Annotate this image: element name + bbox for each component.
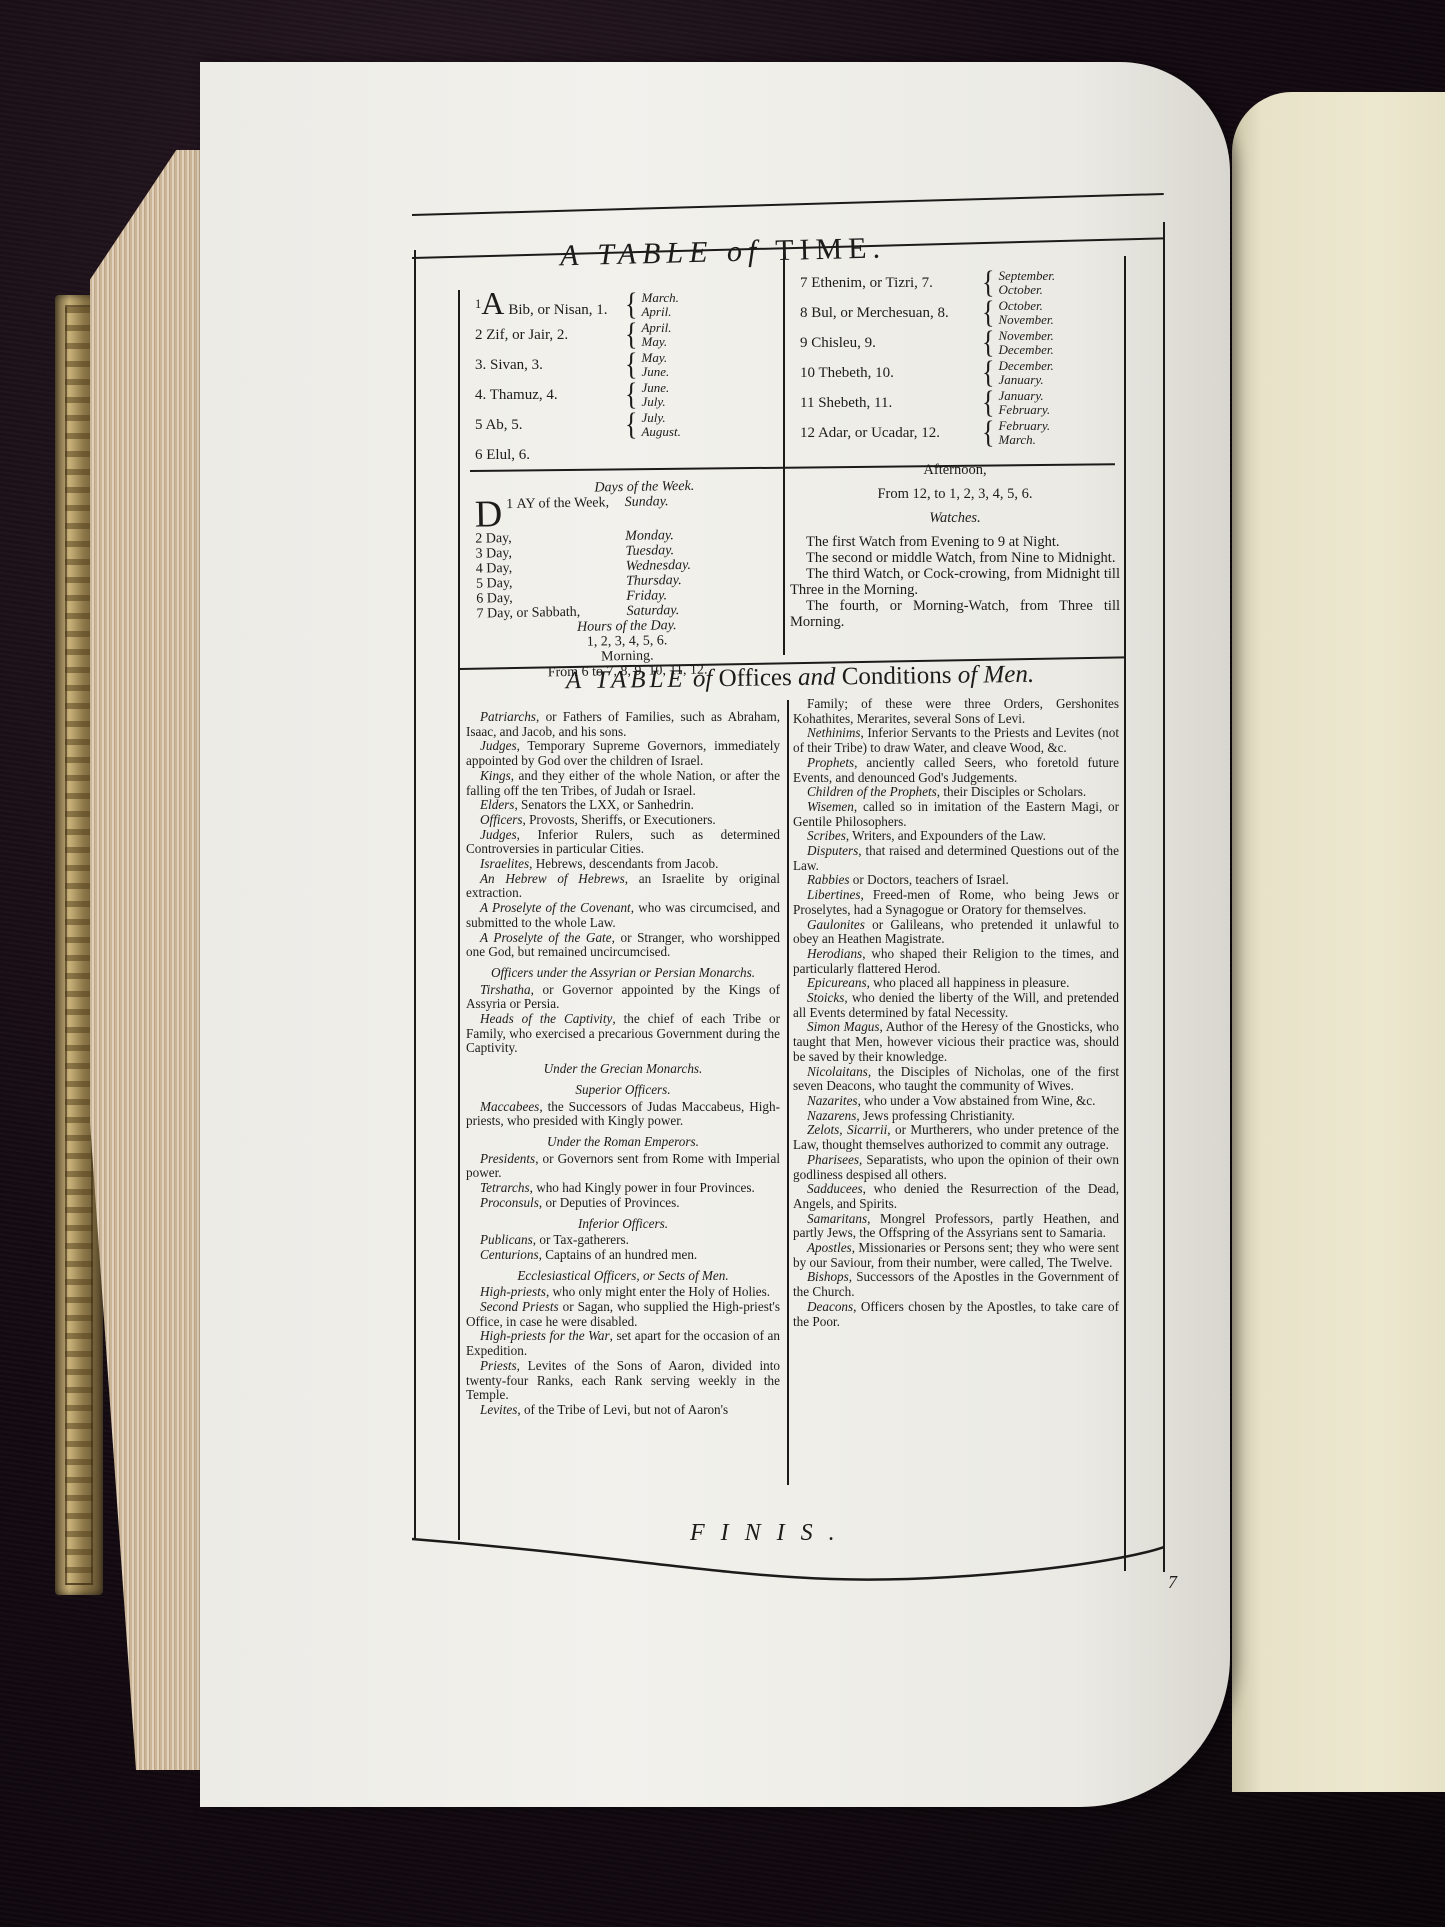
month-eq: March. <box>641 290 678 305</box>
office-term: Sadducees <box>807 1181 863 1196</box>
month-row: 2 Zif, or Jair, 2. { April.May. <box>475 320 681 350</box>
month-number: 9 <box>800 335 808 351</box>
month-row: 5 Ab, 5. { July.August. <box>475 410 681 440</box>
month-eq: December. <box>998 358 1053 373</box>
month-row: 12 Adar, or Ucadar, 12. { February.March… <box>800 418 1055 448</box>
month-name: Thamuz, 4. <box>490 387 558 403</box>
month-eq: February. <box>998 418 1050 433</box>
office-term: Nethinims <box>807 725 860 740</box>
office-description: , or Tax-gatherers. <box>533 1232 629 1247</box>
office-term: Prophets <box>807 755 854 770</box>
title-prefix: A TABLE <box>566 666 687 695</box>
day-name: Wednesday. <box>626 558 691 574</box>
month-eq: December. <box>998 342 1053 357</box>
month-eq: June. <box>641 364 669 379</box>
month-eq: January. <box>998 372 1043 387</box>
month-number: 4. <box>475 387 486 403</box>
office-description: , Writers, and Expounders of the Law. <box>846 828 1046 843</box>
brace-icon: { <box>982 417 994 448</box>
office-entry: A Proselyte of the Gate, or Stranger, wh… <box>466 931 780 960</box>
month-row: 10 Thebeth, 10. { December.January. <box>800 358 1055 388</box>
office-term: Deacons <box>807 1299 853 1314</box>
brace-icon: { <box>982 297 994 328</box>
brace-icon: { <box>625 349 637 380</box>
day-number: 2 <box>475 532 482 547</box>
page-edges <box>90 150 205 1770</box>
brace-icon: { <box>625 409 637 440</box>
office-entry: Officers, Provosts, Sheriffs, or Executi… <box>466 813 780 828</box>
brace-icon: { <box>982 327 994 358</box>
month-equivalents: November.December. <box>998 329 1053 357</box>
office-entry: An Hebrew of Hebrews, an Israelite by or… <box>466 872 780 901</box>
office-entry: High-priests for the War, set apart for … <box>466 1329 780 1358</box>
month-eq: July. <box>641 394 665 409</box>
month-row: 6 Elul, 6. <box>475 440 681 470</box>
day-row: 1 DAY of the Week,Sunday. <box>475 492 776 531</box>
office-description: , Senators the LXX, or Sanhedrin. <box>514 797 693 812</box>
month-eq: January. <box>998 388 1043 403</box>
month-number: 12 <box>800 425 815 441</box>
office-entry: A Proselyte of the Covenant, who was cir… <box>466 901 780 930</box>
month-name: Bul, or Merchesuan, 8. <box>811 305 948 321</box>
office-term: Proconsuls <box>480 1195 539 1210</box>
month-eq: April. <box>641 320 671 335</box>
section-subheading: Ecclesiastical Officers, or Sects of Men… <box>466 1269 780 1284</box>
office-term: Nazarites <box>807 1093 858 1108</box>
office-entry: Children of the Prophets, their Disciple… <box>793 785 1119 800</box>
title-conditions: Conditions <box>842 662 952 691</box>
section-subheading: Inferior Officers. <box>466 1217 780 1232</box>
day-label: AY of the Week, <box>516 495 609 512</box>
watches-heading: Watches. <box>790 510 1120 526</box>
month-number: 11 <box>800 395 814 411</box>
month-eq: November. <box>998 312 1053 327</box>
office-term: Judges <box>480 738 517 753</box>
section-subheading: Officers under the Assyrian or Persian M… <box>466 966 780 981</box>
day-number: 5 <box>476 576 483 591</box>
office-entry: Scribes, Writers, and Expounders of the … <box>793 829 1119 844</box>
office-term: Heads of the Captivity <box>480 1011 612 1026</box>
day-number: 7 <box>476 606 483 621</box>
afternoon-watches-section: Afternoon, From 12, to 1, 2, 3, 4, 5, 6.… <box>790 462 1120 630</box>
month-name: Sivan, 3. <box>490 357 543 373</box>
months-right-list: 7 Ethenim, or Tizri, 7. { September.Octo… <box>800 268 1055 448</box>
title-of: of <box>727 234 763 268</box>
office-entry: Apostles, Missionaries or Persons sent; … <box>793 1241 1119 1270</box>
month-name: Chisleu, 9. <box>811 335 876 351</box>
office-term: Officers <box>480 812 523 827</box>
office-description: , who only might enter the Holy of Holie… <box>546 1284 770 1299</box>
office-term: Levites <box>480 1402 517 1417</box>
facing-blank-page <box>1232 92 1445 1792</box>
month-equivalents: December.January. <box>998 359 1053 387</box>
office-entry: Prophets, anciently called Seers, who fo… <box>793 756 1119 785</box>
office-term: Centurions <box>480 1247 539 1262</box>
month-name: Bib, or Nisan, 1. <box>508 302 607 318</box>
office-entry: Disputers, that raised and determined Qu… <box>793 844 1119 873</box>
title-main: TIME. <box>775 231 887 267</box>
month-number: 5 <box>475 417 483 433</box>
month-number: 2 <box>475 327 483 343</box>
title-offices: Offices <box>718 664 791 692</box>
month-number: 3. <box>475 357 486 373</box>
office-entry: Centurions, Captains of an hundred men. <box>466 1248 780 1263</box>
month-equivalents: October.November. <box>998 299 1053 327</box>
section-subheading: Under the Grecian Monarchs. <box>466 1062 780 1077</box>
office-term: Maccabees <box>480 1099 539 1114</box>
office-term: Tirshatha <box>480 982 531 997</box>
month-name: Shebeth, 11. <box>818 395 892 411</box>
month-name: Thebeth, 10. <box>818 365 893 381</box>
drop-cap-d: D <box>475 497 503 531</box>
office-entry: Patriarchs, or Fathers of Families, such… <box>466 710 780 739</box>
day-label: Day, <box>486 561 512 576</box>
outer-right-rule <box>1163 222 1165 1572</box>
office-term: Rabbies <box>807 872 850 887</box>
inner-left-rule <box>458 290 460 1540</box>
office-entry: Nicolaitans, the Disciples of Nicholas, … <box>793 1065 1119 1094</box>
watches-list: The first Watch from Evening to 9 at Nig… <box>790 534 1120 630</box>
brace-icon: { <box>982 387 994 418</box>
office-term: Presidents <box>480 1151 535 1166</box>
month-row: 9 Chisleu, 9. { November.December. <box>800 328 1055 358</box>
day-label: Day, <box>486 576 512 591</box>
office-term: Israelites <box>480 856 529 871</box>
office-entry: Nazarites, who under a Vow abstained fro… <box>793 1094 1119 1109</box>
title-men: Men. <box>983 661 1034 689</box>
office-entry: Herodians, who shaped their Religion to … <box>793 947 1119 976</box>
office-term: Nazarens <box>807 1108 856 1123</box>
office-description: , who had Kingly power in four Provinces… <box>530 1180 755 1195</box>
section-subheading: Superior Officers. <box>466 1083 780 1098</box>
offices-right-column: Family; of these were three Orders, Gers… <box>793 697 1119 1329</box>
office-term: Judges <box>480 827 517 842</box>
office-term: Priests <box>480 1358 517 1373</box>
office-entry: High-priests, who only might enter the H… <box>466 1285 780 1300</box>
month-equivalents: June.July. <box>641 381 669 409</box>
month-equivalents: April.May. <box>641 321 671 349</box>
title-and: and <box>798 664 836 692</box>
office-entry: Deacons, Officers chosen by the Apostles… <box>793 1300 1119 1329</box>
office-entry: Israelites, Hebrews, descendants from Ja… <box>466 857 780 872</box>
office-entry: Sadducees, who denied the Resurrection o… <box>793 1182 1119 1211</box>
office-term: Gaulonites <box>807 917 865 932</box>
month-name: Ethenim, or Tizri, 7. <box>811 275 933 291</box>
office-term: A Proselyte of the Gate <box>480 930 612 945</box>
month-eq: November. <box>998 328 1053 343</box>
month-equivalents: February.March. <box>998 419 1050 447</box>
title-prefix: A TABLE <box>560 236 714 273</box>
month-equivalents: January.February. <box>998 389 1050 417</box>
office-entry: Zelots, Sicarrii, or Murtherers, who und… <box>793 1123 1119 1152</box>
office-term: Disputers <box>807 843 858 858</box>
office-entry: Kings, and they either of the whole Nati… <box>466 769 780 798</box>
office-term: Libertines <box>807 887 860 902</box>
office-entry: Elders, Senators the LXX, or Sanhedrin. <box>466 798 780 813</box>
month-row: 1ABib, or Nisan, 1. { March.April. <box>475 290 681 320</box>
day-name: Thursday. <box>626 573 682 589</box>
office-entry: Simon Magus, Author of the Heresy of the… <box>793 1020 1119 1064</box>
office-term: Epicureans <box>807 975 867 990</box>
office-entry: Samaritans, Mongrel Professors, partly H… <box>793 1212 1119 1241</box>
day-number: 1 <box>506 497 513 512</box>
months-left-list: 1ABib, or Nisan, 1. { March.April. 2 Zif… <box>475 290 681 470</box>
month-eq: May. <box>641 350 667 365</box>
brace-icon: { <box>625 289 637 320</box>
day-name: Friday. <box>626 588 667 604</box>
office-description: , and they either of the whole Nation, o… <box>466 768 780 798</box>
month-name: Zif, or Jair, 2. <box>486 327 568 343</box>
month-row: 8 Bul, or Merchesuan, 8. { October.Novem… <box>800 298 1055 328</box>
month-equivalents: March.April. <box>641 291 678 319</box>
day-label: Day, <box>486 531 512 546</box>
month-row: 7 Ethenim, or Tizri, 7. { September.Octo… <box>800 268 1055 298</box>
watch-item: The third Watch, or Cock-crowing, from M… <box>790 566 1120 598</box>
office-term: High-priests for the War <box>480 1328 610 1343</box>
office-description: Family; of these were three Orders, Gers… <box>793 696 1119 726</box>
office-term: Wisemen <box>807 799 854 814</box>
days-column-divider <box>783 460 785 655</box>
office-term: Bishops <box>807 1269 849 1284</box>
month-name: Adar, or Ucadar, 12. <box>818 425 940 441</box>
office-term: Zelots, Sicarrii <box>807 1122 887 1137</box>
month-row: 3. Sivan, 3. { May.June. <box>475 350 681 380</box>
month-eq: June. <box>641 380 669 395</box>
office-description: , Jews professing Christianity. <box>856 1108 1014 1123</box>
office-term: Apostles <box>807 1240 852 1255</box>
time-column-divider <box>783 250 785 460</box>
month-equivalents: September.October. <box>998 269 1055 297</box>
outer-left-rule <box>414 250 416 1540</box>
day-name: Sunday. <box>625 494 670 529</box>
month-eq: October. <box>998 282 1042 297</box>
month-eq: May. <box>641 334 667 349</box>
month-number: 8 <box>800 305 808 321</box>
office-entry: Bishops, Successors of the Apostles in t… <box>793 1270 1119 1299</box>
month-eq: February. <box>998 402 1050 417</box>
month-number: 10 <box>800 365 815 381</box>
office-entry: Publicans, or Tax-gatherers. <box>466 1233 780 1248</box>
office-term: Kings <box>480 768 511 783</box>
office-entry: Wisemen, called so in imitation of the E… <box>793 800 1119 829</box>
office-description: , their Disciples or Scholars. <box>937 784 1086 799</box>
day-label: Day, <box>487 591 513 606</box>
month-equivalents: May.June. <box>641 351 669 379</box>
day-name: Tuesday. <box>625 543 674 559</box>
office-entry: Nethinims, Inferior Servants to the Prie… <box>793 726 1119 755</box>
office-entry: Maccabees, the Successors of Judas Macca… <box>466 1100 780 1129</box>
office-entry: Libertines, Freed-men of Rome, who being… <box>793 888 1119 917</box>
office-term: Publicans <box>480 1232 533 1247</box>
month-row: 4. Thamuz, 4. { June.July. <box>475 380 681 410</box>
office-description: or Doctors, teachers of Israel. <box>850 872 1009 887</box>
office-term: Elders <box>480 797 514 812</box>
offices-left-column: Patriarchs, or Fathers of Families, such… <box>466 710 780 1418</box>
office-entry: Family; of these were three Orders, Gers… <box>793 697 1119 726</box>
office-term: Nicolaitans <box>807 1064 868 1079</box>
office-term: Samaritans <box>807 1211 867 1226</box>
office-entry: Pharisees, Separatists, who upon the opi… <box>793 1153 1119 1182</box>
office-term: Scribes <box>807 828 846 843</box>
month-equivalents: July.August. <box>641 411 680 439</box>
day-label: Day, or Sabbath, <box>487 605 580 622</box>
office-term: Tetrarchs <box>480 1180 530 1195</box>
month-eq: March. <box>998 432 1035 447</box>
office-entry: Stoicks, who denied the liberty of the W… <box>793 991 1119 1020</box>
afternoon-label: Afternoon, <box>790 462 1120 478</box>
office-entry: Nazarens, Jews professing Christianity. <box>793 1109 1119 1124</box>
office-entry: Tetrarchs, who had Kingly power in four … <box>466 1181 780 1196</box>
office-entry: Priests, Levites of the Sons of Aaron, d… <box>466 1359 780 1403</box>
days-of-week-section: Days of the Week. 1 DAY of the Week,Sund… <box>474 477 777 681</box>
office-term: Second Priests <box>480 1299 559 1314</box>
watch-item: The first Watch from Evening to 9 at Nig… <box>790 534 1120 550</box>
day-label: Day, <box>486 546 512 561</box>
office-term: Stoicks <box>807 990 844 1005</box>
office-term: Pharisees <box>807 1152 859 1167</box>
office-description: , who under a Vow abstained from Wine, &… <box>858 1093 1096 1108</box>
day-name: Saturday. <box>626 603 679 619</box>
month-eq: April. <box>641 304 671 319</box>
office-entry: Judges, Temporary Supreme Governors, imm… <box>466 739 780 768</box>
office-description: , or Deputies of Provinces. <box>539 1195 680 1210</box>
month-eq: October. <box>998 298 1042 313</box>
office-term: Children of the Prophets <box>807 784 937 799</box>
office-entry: Gaulonites or Galileans, who pretended i… <box>793 918 1119 947</box>
office-description: , who placed all happiness in pleasure. <box>867 975 1070 990</box>
office-term: Patriarchs <box>480 709 536 724</box>
title-of: of <box>693 665 713 692</box>
day-number: 4 <box>476 561 483 576</box>
title-of-2: of <box>958 662 978 689</box>
offices-column-divider <box>787 700 789 1485</box>
office-term: Herodians <box>807 946 862 961</box>
office-description: , Captains of an hundred men. <box>539 1247 698 1262</box>
day-number: 6 <box>476 591 483 606</box>
brace-icon: { <box>982 357 994 388</box>
brace-icon: { <box>625 319 637 350</box>
office-term: High-priests <box>480 1284 546 1299</box>
brace-icon: { <box>982 267 994 298</box>
month-name: Ab, 5. <box>485 417 522 433</box>
drop-cap-a: A <box>481 285 504 321</box>
office-description: , Hebrews, descendants from Jacob. <box>529 856 718 871</box>
day-number: 3 <box>475 547 482 562</box>
inner-right-rule <box>1124 256 1126 1571</box>
section-subheading: Under the Roman Emperors. <box>466 1135 780 1150</box>
month-eq: September. <box>998 268 1055 283</box>
month-name: Elul, 6. <box>486 447 530 463</box>
office-entry: Levites, of the Tribe of Levi, but not o… <box>466 1403 780 1418</box>
office-description: , of the Tribe of Levi, but not of Aaron… <box>517 1402 728 1417</box>
office-entry: Heads of the Captivity, the chief of eac… <box>466 1012 780 1056</box>
office-entry: Second Priests or Sagan, who supplied th… <box>466 1300 780 1329</box>
month-number: 6 <box>475 447 483 463</box>
watch-item: The fourth, or Morning-Watch, from Three… <box>790 598 1120 630</box>
month-row: 11 Shebeth, 11. { January.February. <box>800 388 1055 418</box>
watch-item: The second or middle Watch, from Nine to… <box>790 550 1120 566</box>
office-term: A Proselyte of the Covenant <box>480 900 631 915</box>
day-name: Monday. <box>625 528 674 544</box>
bottom-border-curve <box>412 1535 1164 1585</box>
office-entry: Tirshatha, or Governor appointed by the … <box>466 983 780 1012</box>
office-entry: Epicureans, who placed all happiness in … <box>793 976 1119 991</box>
office-entry: Judges, Inferior Rulers, such as determi… <box>466 828 780 857</box>
office-entry: Presidents, or Governors sent from Rome … <box>466 1152 780 1181</box>
office-entry: Proconsuls, or Deputies of Provinces. <box>466 1196 780 1211</box>
month-number: 7 <box>800 275 808 291</box>
office-term: An Hebrew of Hebrews <box>480 871 625 886</box>
office-term: Simon Magus <box>807 1019 880 1034</box>
month-eq: August. <box>641 424 680 439</box>
brace-icon: { <box>625 379 637 410</box>
afternoon-line: From 12, to 1, 2, 3, 4, 5, 6. <box>790 486 1120 502</box>
office-entry: Rabbies or Doctors, teachers of Israel. <box>793 873 1119 888</box>
month-eq: July. <box>641 410 665 425</box>
office-description: , Provosts, Sheriffs, or Executioners. <box>523 812 716 827</box>
page-number: 7 <box>1168 1572 1177 1593</box>
